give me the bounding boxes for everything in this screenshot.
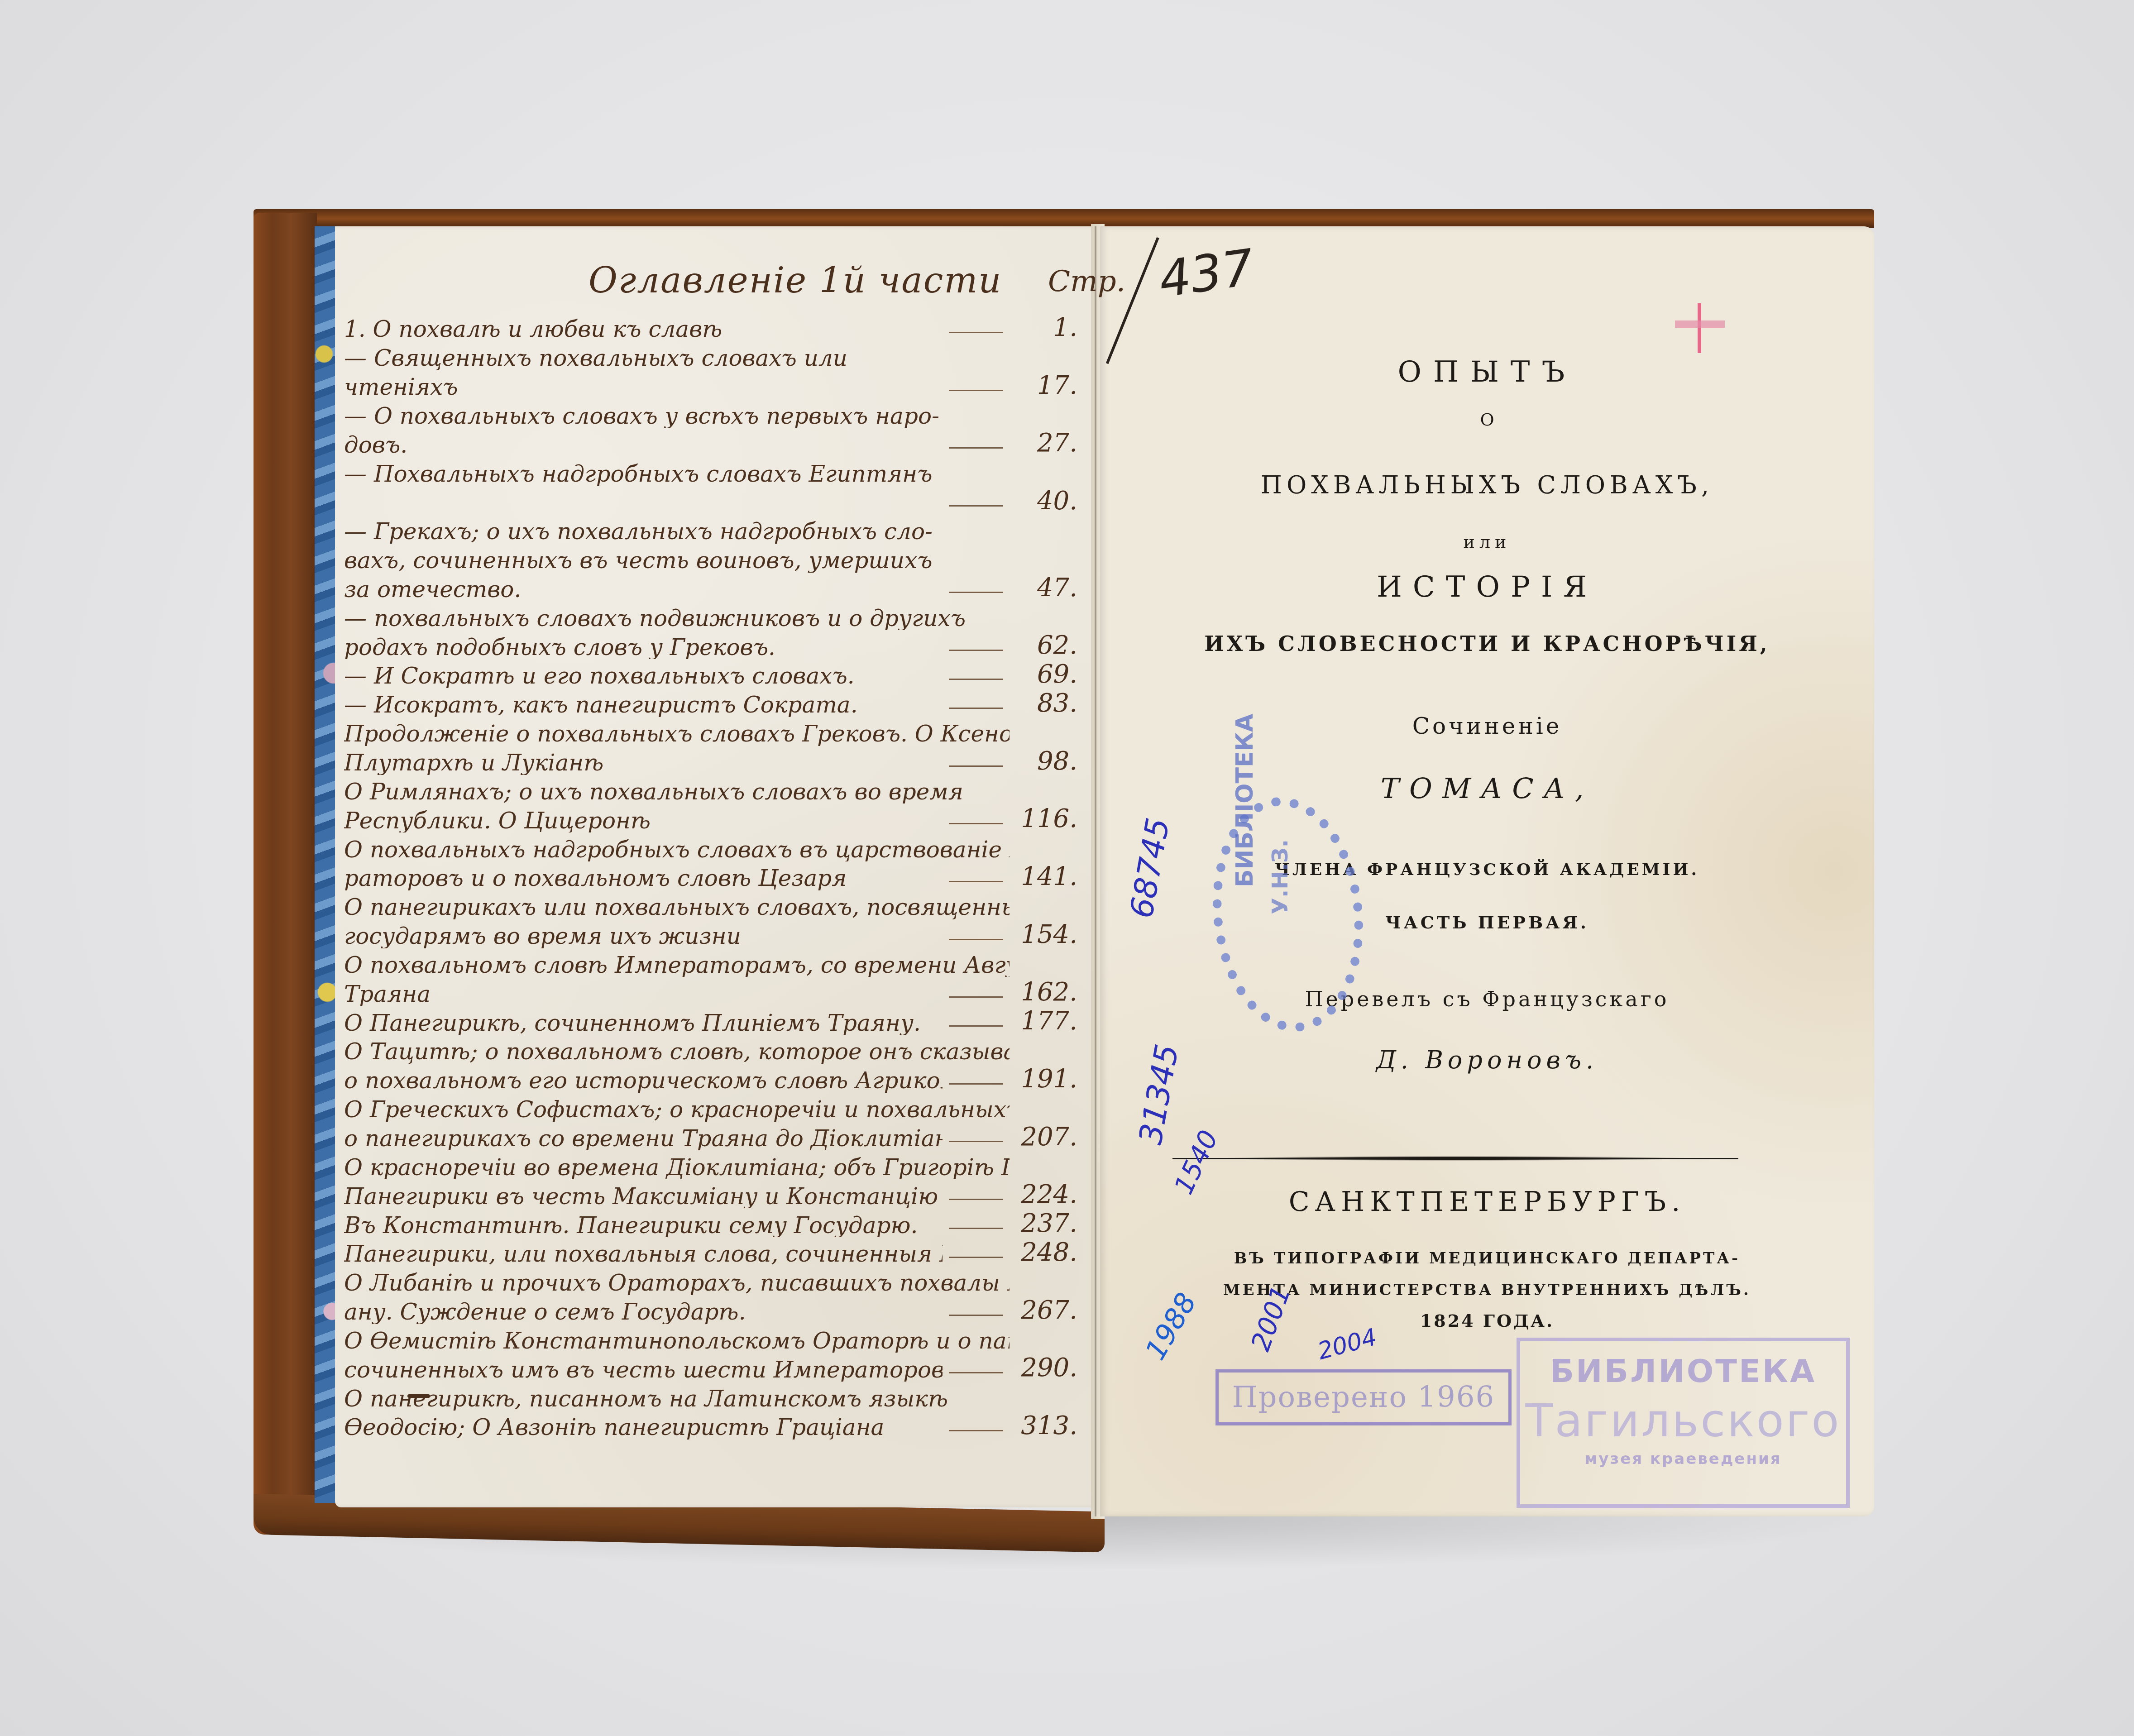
toc-leader-dash [949,1025,1003,1027]
toc-entry-text: О Панегирикѣ, сочиненномъ Плиніемъ Траян… [344,1011,943,1035]
toc-entry-text: — Исократъ, какъ панегиристъ Сократа. [344,693,943,717]
toc-entry-text: сочиненныхъ имъ въ честь шести Император… [344,1358,943,1382]
imprint-printer-line2: МЕНТА МИНИСТЕРСТВА ВНУТРЕННИХЪ ДѢЛЪ. [1100,1281,1874,1299]
toc-entry: О Греческихъ Софистахъ; о красноречіи и … [344,1093,1077,1122]
toc-entry: О Либаніѣ и прочихъ Ораторахъ, писавшихъ… [344,1266,1077,1295]
toc-entry: Панегирики, или похвальныя слова, сочине… [344,1237,1077,1266]
toc-entry-page: 98. [1010,748,1077,775]
toc-entry-page: 1. [1010,315,1077,341]
imprint-year: 1824 ГОДА. [1100,1310,1874,1331]
library-stamp-line1: БИБЛИОТЕКА [1520,1353,1846,1390]
translator-name: Д. Вороновъ. [1100,1046,1874,1074]
toc-entry: О Тацитѣ; о похвальномъ словѣ, которое о… [344,1035,1077,1064]
toc-leader-dash [949,1141,1003,1142]
toc-entry-text: О Греческихъ Софистахъ; о красноречіи и … [344,1098,1010,1122]
toc-entry: Въ Константинѣ. Панегирики сему Государю… [344,1208,1077,1237]
toc-entry-page: 191. [1010,1066,1077,1093]
toc-entry: 1. О похвалѣ и любви къ славѣ1. [344,312,1077,341]
toc-leader-dash [949,1257,1003,1258]
toc-entry: — Священныхъ похвальныхъ словахъ или [344,341,1077,370]
toc-entry: О Ѳемистіѣ Константинопольскомъ Ораторѣ … [344,1324,1077,1353]
toc-entry: О Римлянахъ; о ихъ похвальныхъ словахъ в… [344,775,1077,804]
toc-entry-text: родахъ подобныхъ словъ у Грековъ. [344,636,943,660]
library-stamp: БИБЛИОТЕКА Тагильского музея краеведения [1517,1338,1850,1508]
toc-entry: О Панегирикѣ, сочиненномъ Плиніемъ Траян… [344,1006,1077,1035]
toc-entry-text: — Священныхъ похвальныхъ словахъ или [344,346,1010,370]
toc-entry-page: 69. [1010,661,1077,688]
toc-leader-dash [949,1083,1003,1085]
imprint-city: САНКТПЕТЕРБУРГЪ. [1100,1186,1874,1218]
toc-leader-dash [949,1372,1003,1373]
toc-leader-dash [949,390,1003,391]
toc-entry: 40. [344,486,1077,515]
toc-leader-dash [949,1199,1003,1200]
toc-entry: — Грекахъ; о ихъ похвальныхъ надгробныхъ… [344,515,1077,544]
book-cover-top-edge [254,209,1874,228]
title-history: ИСТОРІЯ [1100,570,1874,604]
toc-leader-dash [949,1315,1003,1316]
toc-page-column-header: Стр. [1048,265,1125,298]
toc-entry-text: О Тацитѣ; о похвальномъ словѣ, которое о… [344,1040,1010,1064]
toc-entry-text: довъ. [344,433,943,457]
toc-entry-text: О Римлянахъ; о ихъ похвальныхъ словахъ в… [344,780,1010,804]
toc-entry: — Похвальныхъ надгробныхъ словахъ Египтя… [344,457,1077,486]
toc-entry-page: 62. [1010,632,1077,659]
title-main: ОПЫТЪ [1100,355,1874,389]
toc-entry-page: 154. [1010,922,1077,948]
toc-entry: Ѳеодосію; О Авзоніѣ панегиристѣ Граціана… [344,1411,1077,1439]
toc-entry: — похвальныхъ словахъ подвижниковъ и о д… [344,601,1077,630]
toc-entry: о похвальномъ его историческомъ словѣ Аг… [344,1064,1077,1093]
toc-entry-text: Траяна [344,982,943,1006]
toc-entry-text: о панегирикахъ со времени Траяна до Діок… [344,1127,943,1151]
toc-entry-text: Панегирики въ честь Максиміану и Констан… [344,1185,943,1209]
toc-leader-dash [949,708,1003,709]
toc-leader-dash [949,505,1003,507]
toc-entry: государямъ во время ихъ жизни154. [344,919,1077,948]
library-stamp-line2: Тагильского [1520,1394,1846,1447]
toc-entry-text: О похвальномъ словѣ Императорамъ, со вре… [344,953,1010,977]
toc-entry-text: Плутархѣ и Лукіанѣ [344,751,943,775]
toc-entry-text: О красноречіи во времена Діоклитіана; об… [344,1156,1010,1180]
toc-entry-page: 177. [1010,1008,1077,1035]
toc-leader-dash [949,679,1003,680]
title-subtitle: ИХЪ СЛОВЕСНОСТИ И КРАСНОРѢЧІЯ, [1100,631,1874,656]
oval-stamp-text-1: БИБЛІОТЕКА [1231,706,1258,887]
toc-entry: — О похвальныхъ словахъ у всѣхъ первыхъ … [344,399,1077,428]
toc-leader-dash [949,1228,1003,1229]
toc-entry: вахъ, сочиненныхъ въ честь воиновъ, умер… [344,544,1077,573]
toc-entry: ану. Суждение о семъ Государѣ.267. [344,1295,1077,1324]
end-flourish [407,1394,430,1398]
toc-entry: Панегирики въ честь Максиміану и Констан… [344,1179,1077,1208]
title-work: Сочиненіе [1100,713,1874,739]
pink-cross-mark [1675,303,1725,353]
imprint-printer-line1: ВЪ ТИПОГРАФІИ МЕДИЦИНСКАГО ДЕПАРТА- [1100,1249,1874,1267]
toc-entry-text: — Грекахъ; о ихъ похвальныхъ надгробныхъ… [344,520,1010,544]
toc-leader-dash [949,823,1003,824]
toc-entry: О похвальныхъ надгробныхъ словахъ въ цар… [344,832,1077,861]
toc-entry-page: 27. [1010,430,1077,457]
toc-leader-dash [949,765,1003,767]
toc-entry-text: О Ѳемистіѣ Константинопольскомъ Ораторѣ … [344,1329,1010,1353]
toc-entry-page: 224. [1010,1181,1077,1208]
toc-entry-page: 47. [1010,575,1077,602]
toc-entry-page: 83. [1010,690,1077,717]
toc-entry-page: 17. [1010,373,1077,399]
toc-entry-page: 237. [1010,1210,1077,1237]
ornamental-rule [1172,1156,1738,1161]
toc-leader-dash [949,996,1003,998]
toc-entry-text: ану. Суждение о семъ Государѣ. [344,1300,943,1324]
title-o: О [1100,410,1874,430]
toc-entry-text: — И Сократѣ и его похвальныхъ словахъ. [344,664,943,688]
toc-entry-text: — Похвальныхъ надгробныхъ словахъ Египтя… [344,462,1010,486]
toc-leader-dash [949,1430,1003,1431]
toc-entry: за отечество.47. [344,573,1077,602]
toc-entry-page: 116. [1010,806,1077,832]
title-subject: ПОХВАЛЬНЫХЪ СЛОВАХЪ, [1100,471,1874,499]
toc-entry-page: 40. [1010,488,1077,515]
toc-entry: довъ.27. [344,428,1077,457]
toc-entry-text: чтеніяхъ [344,375,943,399]
toc-entry-text: о похвальномъ его историческомъ словѣ Аг… [344,1069,943,1093]
toc-entry-text: О панегирикѣ, писанномъ на Латинскомъ яз… [344,1387,1010,1411]
toc-entry: О красноречіи во времена Діоклитіана; об… [344,1150,1077,1179]
toc-entry: чтеніяхъ17. [344,370,1077,399]
toc-entry-text: Въ Константинѣ. Панегирики сему Государю… [344,1214,943,1238]
toc-entry: о панегирикахъ со времени Траяна до Діок… [344,1122,1077,1151]
toc-entry: Плутархѣ и Лукіанѣ98. [344,746,1077,775]
checked-stamp: Проверено 1966 [1215,1369,1512,1425]
toc-leader-dash [949,592,1003,593]
toc-entry-text: О Либаніѣ и прочихъ Ораторахъ, писавшихъ… [344,1271,1010,1295]
toc-entry-text: государямъ во время ихъ жизни [344,924,943,948]
toc-entry: О панегирикахъ или похвальныхъ словахъ, … [344,890,1077,919]
toc-entry-text: раторовъ и о похвальномъ словѣ Цезаря [344,866,943,890]
toc-entry-text: — похвальныхъ словахъ подвижниковъ и о д… [344,607,1010,631]
toc-entry: сочиненныхъ имъ въ честь шести Император… [344,1353,1077,1382]
toc-entry: О панегирикѣ, писанномъ на Латинскомъ яз… [344,1382,1077,1411]
author-name: ТОМАСА, [1100,772,1874,805]
toc-entry: Траяна162. [344,977,1077,1006]
toc-entry-text: Продолженіе о похвальныхъ словахъ Греков… [344,722,1010,746]
toc-list: 1. О похвалѣ и любви къ славѣ1.— Священн… [344,312,1077,1439]
toc-leader-dash [949,939,1003,940]
toc-leader-dash [949,332,1003,333]
toc-leader-dash [949,650,1003,651]
toc-entry-page: 267. [1010,1297,1077,1324]
toc-entry-text: О панегирикахъ или похвальныхъ словахъ, … [344,895,1010,919]
toc-entry-page: 290. [1010,1355,1077,1382]
toc-entry-text: Республики. О Цицеронѣ [344,809,943,833]
toc-entry: — Исократъ, какъ панегиристъ Сократа.83. [344,688,1077,717]
toc-entry: Продолженіе о похвальныхъ словахъ Греков… [344,717,1077,746]
toc-entry-page: 162. [1010,979,1077,1006]
gutter [1095,226,1096,1516]
toc-entry-text: Панегирики, или похвальныя слова, сочине… [344,1242,943,1266]
toc-entry: Республики. О Цицеронѣ116. [344,803,1077,832]
toc-entry-page: 248. [1010,1239,1077,1266]
toc-entry-text: 1. О похвалѣ и любви къ славѣ [344,317,943,341]
toc-entry-page: 141. [1010,864,1077,890]
leather-cover-left [254,213,317,1535]
translator-note: Перевелъ съ Французскаго [1100,987,1874,1011]
toc-entry-text: за отечество. [344,578,943,602]
title-ili: или [1100,532,1874,552]
toc-entry-text: вахъ, сочиненныхъ въ честь воиновъ, умер… [344,549,1010,573]
toc-leader-dash [949,881,1003,882]
oval-stamp-text-2: У.Н.З. [1268,839,1293,914]
toc-entry-text: Ѳеодосію; О Авзоніѣ панегиристѣ Граціана [344,1416,943,1439]
library-stamp-line3: музея краеведения [1520,1450,1846,1468]
toc-entry-text: — О похвальныхъ словахъ у всѣхъ первыхъ … [344,404,1010,428]
toc-entry: родахъ подобныхъ словъ у Грековъ.62. [344,630,1077,659]
toc-entry: раторовъ и о похвальномъ словѣ Цезаря141… [344,861,1077,890]
toc-title: Оглавленіе 1й части [589,260,1002,301]
toc-leader-dash [949,447,1003,449]
toc-entry: О похвальномъ словѣ Императорамъ, со вре… [344,948,1077,977]
toc-entry-text: О похвальныхъ надгробныхъ словахъ въ цар… [344,838,1010,862]
toc-entry-page: 313. [1010,1413,1077,1439]
toc-entry-page: 207. [1010,1124,1077,1151]
toc-entry: — И Сократѣ и его похвальныхъ словахъ.69… [344,659,1077,688]
